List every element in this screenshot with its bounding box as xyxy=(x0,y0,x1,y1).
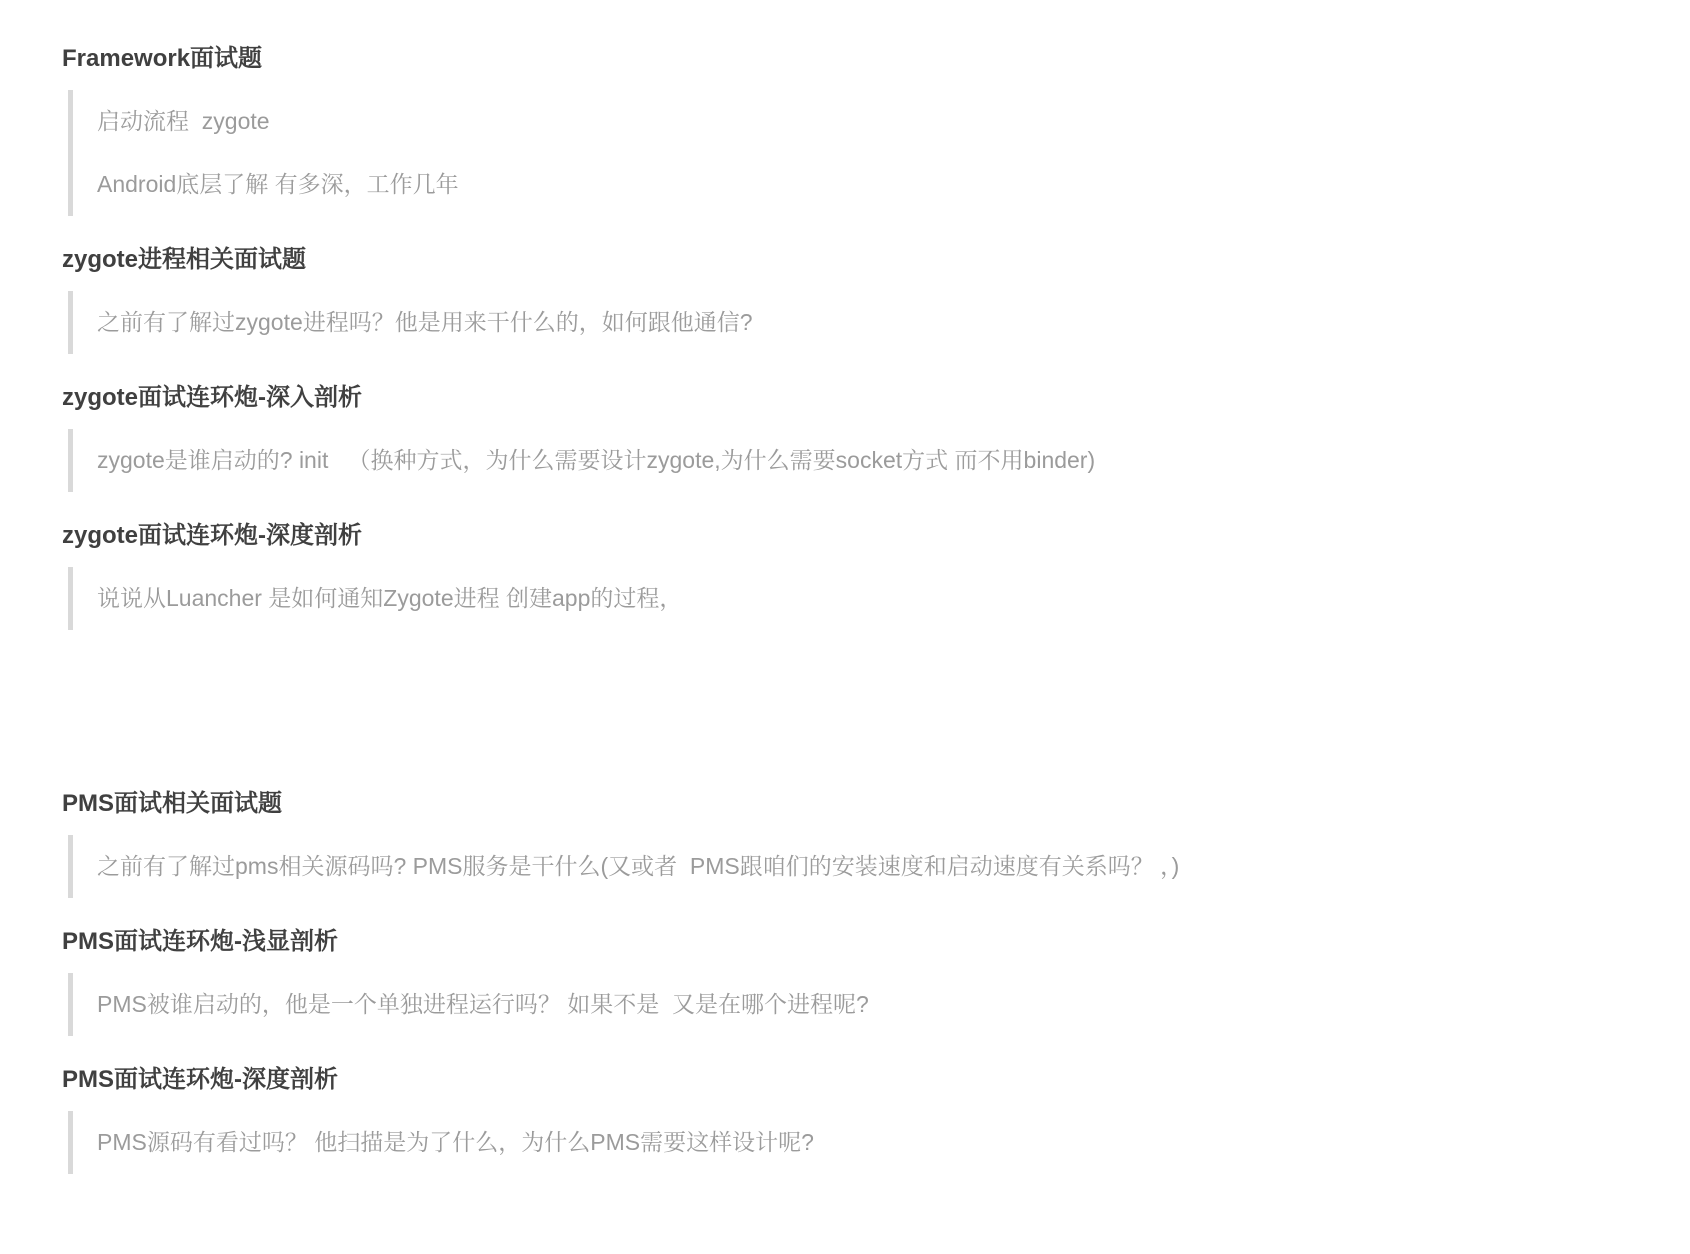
quote-paragraph: 说说从Luancher 是如何通知Zygote进程 创建app的过程， xyxy=(97,567,1642,630)
note-section: PMS面试连环炮-深度剖析 PMS源码有看过吗？ 他扫描是为了什么，为什么PMS… xyxy=(62,1048,1642,1174)
quote-paragraph: PMS源码有看过吗？ 他扫描是为了什么，为什么PMS需要这样设计呢? xyxy=(97,1111,1642,1174)
note-section: zygote进程相关面试题 之前有了解过zygote进程吗？他是用来干什么的，如… xyxy=(62,228,1642,354)
quote-paragraph: zygote是谁启动的? init （换种方式，为什么需要设计zygote,为什… xyxy=(97,429,1642,492)
quote-block: PMS源码有看过吗？ 他扫描是为了什么，为什么PMS需要这样设计呢? xyxy=(68,1111,1642,1174)
section-heading: zygote面试连环炮-深度剖析 xyxy=(62,504,1642,567)
note-section: Framework面试题 启动流程 zygoteAndroid底层了解 有多深，… xyxy=(62,27,1642,216)
section-heading: zygote进程相关面试题 xyxy=(62,228,1642,291)
quote-block: 之前有了解过zygote进程吗？他是用来干什么的，如何跟他通信? xyxy=(68,291,1642,354)
quote-block: PMS被谁启动的，他是一个单独进程运行吗？ 如果不是 又是在哪个进程呢? xyxy=(68,973,1642,1036)
section-heading: Framework面试题 xyxy=(62,27,1642,90)
quote-block: 启动流程 zygoteAndroid底层了解 有多深，工作几年 xyxy=(68,90,1642,216)
note-section: zygote面试连环炮-深度剖析 说说从Luancher 是如何通知Zygote… xyxy=(62,504,1642,630)
quote-paragraph: PMS被谁启动的，他是一个单独进程运行吗？ 如果不是 又是在哪个进程呢? xyxy=(97,973,1642,1036)
section-heading: PMS面试连环炮-深度剖析 xyxy=(62,1048,1642,1111)
quote-paragraph: 之前有了解过zygote进程吗？他是用来干什么的，如何跟他通信? xyxy=(97,291,1642,354)
note-section: PMS面试相关面试题 之前有了解过pms相关源码吗? PMS服务是干什么(又或者… xyxy=(62,772,1642,898)
note-section: PMS面试连环炮-浅显剖析 PMS被谁启动的，他是一个单独进程运行吗？ 如果不是… xyxy=(62,910,1642,1036)
notes-document: Framework面试题 启动流程 zygoteAndroid底层了解 有多深，… xyxy=(0,0,1690,1254)
quote-paragraph: Android底层了解 有多深，工作几年 xyxy=(97,153,1642,216)
section-heading: PMS面试连环炮-浅显剖析 xyxy=(62,910,1642,973)
blank-paragraph-gap xyxy=(62,630,1642,760)
quote-paragraph: 之前有了解过pms相关源码吗? PMS服务是干什么(又或者 PMS跟咱们的安装速… xyxy=(97,835,1642,898)
quote-block: zygote是谁启动的? init （换种方式，为什么需要设计zygote,为什… xyxy=(68,429,1642,492)
quote-block: 之前有了解过pms相关源码吗? PMS服务是干什么(又或者 PMS跟咱们的安装速… xyxy=(68,835,1642,898)
quote-paragraph: 启动流程 zygote xyxy=(97,90,1642,153)
section-heading: zygote面试连环炮-深入剖析 xyxy=(62,366,1642,429)
note-section: zygote面试连环炮-深入剖析 zygote是谁启动的? init （换种方式… xyxy=(62,366,1642,492)
section-heading: PMS面试相关面试题 xyxy=(62,772,1642,835)
quote-block: 说说从Luancher 是如何通知Zygote进程 创建app的过程， xyxy=(68,567,1642,630)
